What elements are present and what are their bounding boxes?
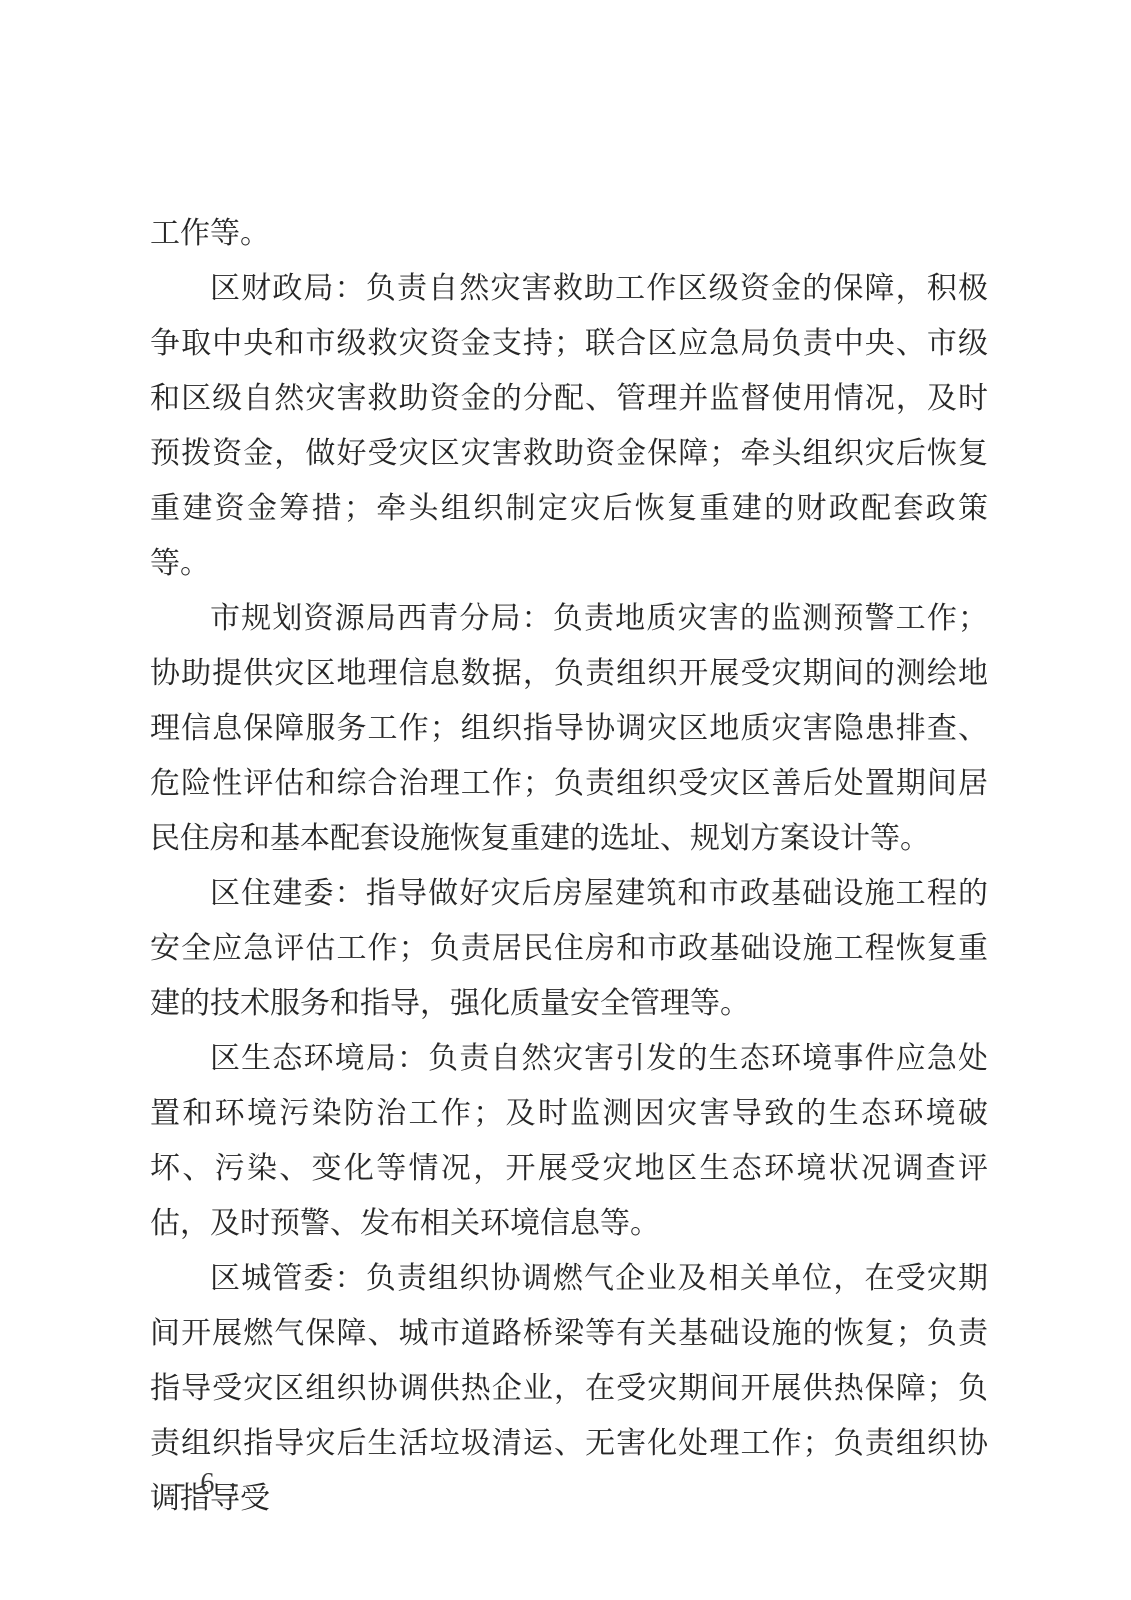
paragraph-planning-resources-bureau: 市规划资源局西青分局：负责地质灾害的监测预警工作；协助提供灾区地理信息数据，负责… <box>150 591 988 866</box>
paragraph-housing-construction-committee: 区住建委：指导做好灾后房屋建筑和市政基础设施工程的安全应急评估工作；负责居民住房… <box>150 866 988 1031</box>
paragraph-continuation: 工作等。 <box>150 206 988 261</box>
paragraph-finance-bureau: 区财政局：负责自然灾害救助工作区级资金的保障，积极争取中央和市级救灾资金支持；联… <box>150 261 988 591</box>
paragraph-ecology-environment-bureau: 区生态环境局：负责自然灾害引发的生态环境事件应急处置和环境污染防治工作；及时监测… <box>150 1031 988 1251</box>
paragraph-urban-management-committee: 区城管委：负责组织协调燃气企业及相关单位，在受灾期间开展燃气保障、城市道路桥梁等… <box>150 1251 988 1526</box>
document-body: 工作等。 区财政局：负责自然灾害救助工作区级资金的保障，积极争取中央和市级救灾资… <box>150 206 988 1526</box>
page-number: - 6 - <box>176 1468 243 1500</box>
document-page: 工作等。 区财政局：负责自然灾害救助工作区级资金的保障，积极争取中央和市级救灾资… <box>0 0 1131 1600</box>
